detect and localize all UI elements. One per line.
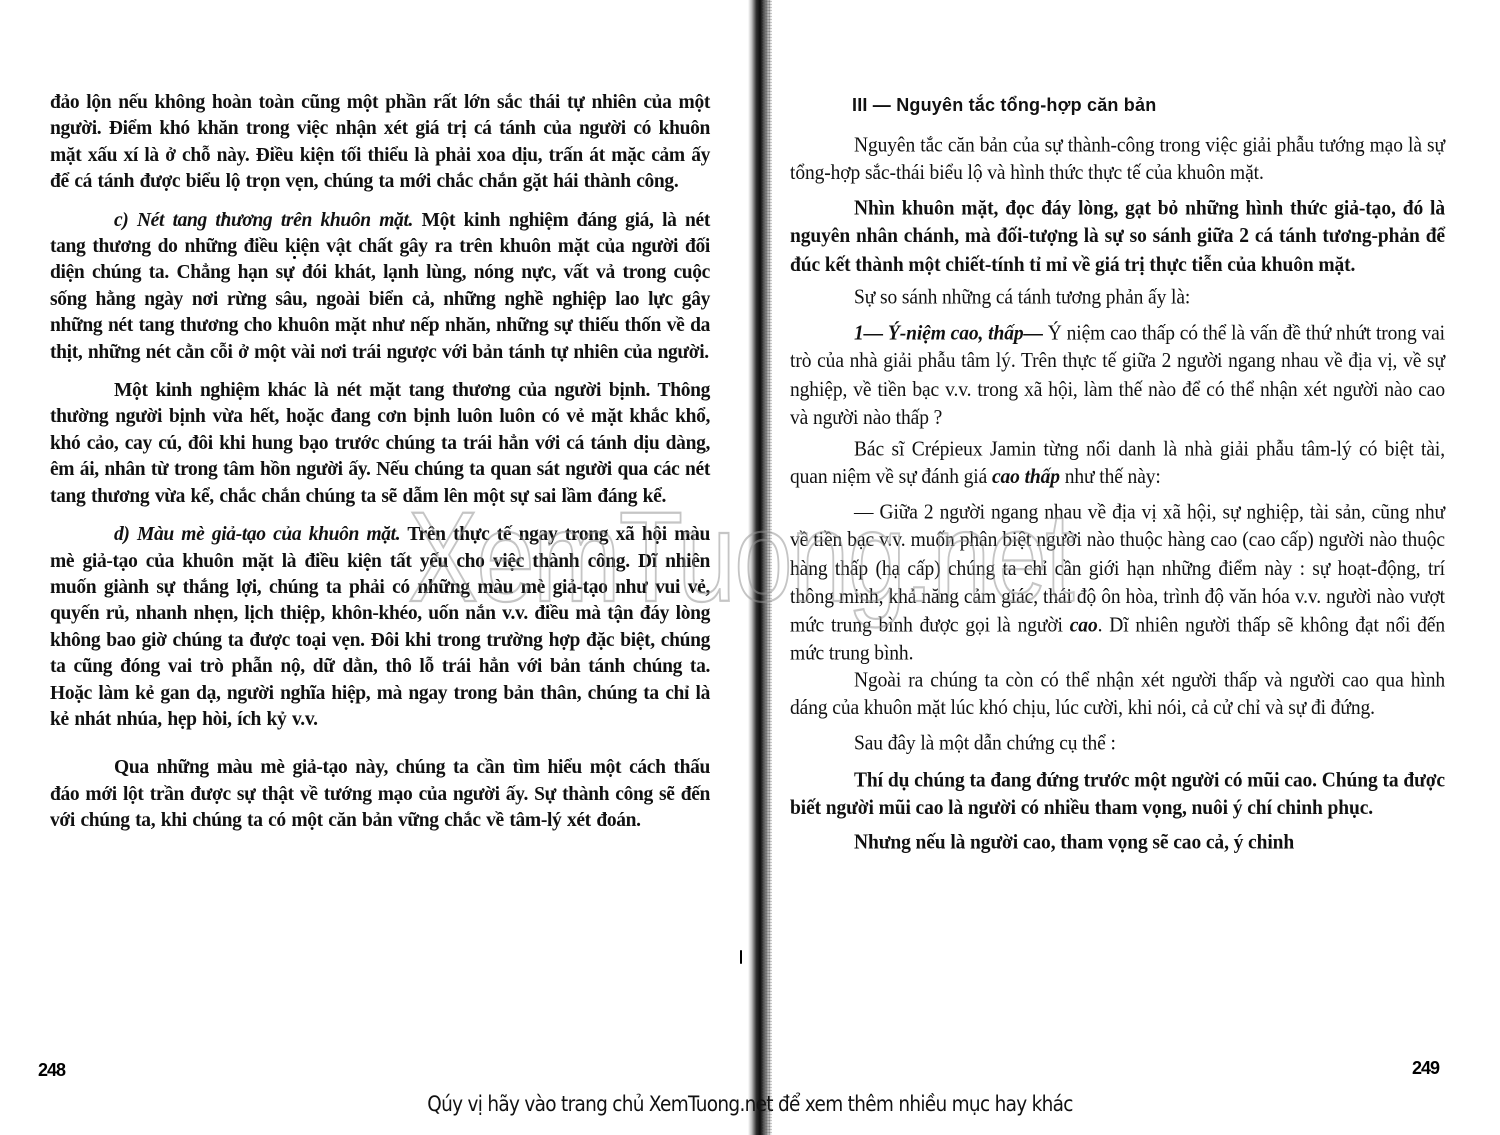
paragraph-text: Sau đây là một dẫn chứng cụ thể :	[854, 732, 1116, 754]
paragraph-text: như thế này:	[1060, 466, 1161, 488]
paragraph-subsection-c: c) Nét tang thương trên khuôn mặt. Một k…	[50, 208, 710, 366]
paragraph-text: Một kinh nghiệm đáng giá, là nét tang th…	[50, 210, 710, 363]
paragraph-text: Ngoài ra chúng ta còn có thể nhận xét ng…	[790, 669, 1445, 720]
left-page-text: đảo lộn nếu không hoàn toàn cũng một phầ…	[50, 90, 710, 835]
paragraph: Nguyên tắc căn bản của sự thành-công tro…	[790, 132, 1445, 189]
paragraph-text: Sự so sánh những cá tánh tương phản ấy l…	[854, 286, 1190, 308]
paragraph-point-1: 1— Ý-niệm cao, thấp— Ý niệm cao thấp có …	[790, 320, 1445, 433]
section-heading: III — Nguyên tắc tổng-hợp căn bản	[790, 92, 1445, 118]
paragraph-text: Nhìn khuôn mặt, đọc đáy lòng, gạt bỏ nhữ…	[790, 197, 1445, 276]
paragraph: Bác sĩ Crépieux Jamin từng nổi danh là n…	[790, 436, 1445, 493]
paragraph-subsection-d: d) Màu mè giả-tạo của khuôn mặt. Trên th…	[50, 522, 710, 733]
paragraph: đảo lộn nếu không hoàn toàn cũng một phầ…	[50, 90, 710, 196]
paragraph: — Giữa 2 người ngang nhau về địa vị xã h…	[790, 499, 1445, 669]
point-heading: 1— Ý-niệm cao, thấp—	[854, 323, 1043, 345]
footer-banner: Qúy vị hãy vào trang chủ XemTuong.net để…	[90, 1092, 1410, 1116]
left-page: đảo lộn nếu không hoàn toàn cũng một phầ…	[0, 0, 752, 1135]
emphasis-text: cao thấp	[992, 466, 1060, 488]
paragraph-text: Trên thực tế ngay trong xã hội màu mè gi…	[50, 524, 710, 730]
paragraph: Sự so sánh những cá tánh tương phản ấy l…	[790, 284, 1445, 312]
page-number: 249	[1412, 1058, 1439, 1079]
paragraph: Thí dụ chúng ta đang đứng trước một ngườ…	[790, 767, 1445, 824]
paragraph-text: Nguyên tắc căn bản của sự thành-công tro…	[790, 134, 1445, 185]
paragraph-text: đảo lộn nếu không hoàn toàn cũng một phầ…	[50, 92, 710, 192]
emphasis-text: cao	[1070, 614, 1098, 636]
paragraph: Nhưng nếu là người cao, tham vọng sẽ cao…	[790, 829, 1445, 857]
subsection-heading: d) Màu mè giả-tạo của khuôn mặt.	[114, 524, 400, 545]
paragraph: Sau đây là một dẫn chứng cụ thể :	[790, 730, 1445, 758]
scan-speck	[293, 256, 296, 259]
paragraph: Một kinh nghiệm khác là nét mặt tang thư…	[50, 378, 710, 510]
paragraph: Ngoài ra chúng ta còn có thể nhận xét ng…	[790, 667, 1445, 724]
paragraph: Qua những màu mè giả-tạo này, chúng ta c…	[50, 755, 710, 834]
paragraph-text: Một kinh nghiệm khác là nét mặt tang thư…	[50, 380, 710, 507]
book-spread: đảo lộn nếu không hoàn toàn cũng một phầ…	[0, 0, 1500, 1135]
paragraph: Nhìn khuôn mặt, đọc đáy lòng, gạt bỏ nhữ…	[790, 195, 1445, 280]
page-number: 248	[38, 1060, 65, 1081]
scan-speck	[612, 250, 614, 253]
scan-speck	[225, 215, 227, 217]
paragraph-text: Thí dụ chúng ta đang đứng trước một ngườ…	[790, 769, 1445, 820]
subsection-heading: c) Nét tang thương trên khuôn mặt.	[114, 210, 413, 231]
scan-mark	[740, 950, 742, 964]
paragraph-text: Qua những màu mè giả-tạo này, chúng ta c…	[50, 757, 710, 831]
right-page-text: III — Nguyên tắc tổng-hợp căn bản Nguyên…	[790, 92, 1445, 856]
paragraph-text: Nhưng nếu là người cao, tham vọng sẽ cao…	[854, 831, 1294, 853]
